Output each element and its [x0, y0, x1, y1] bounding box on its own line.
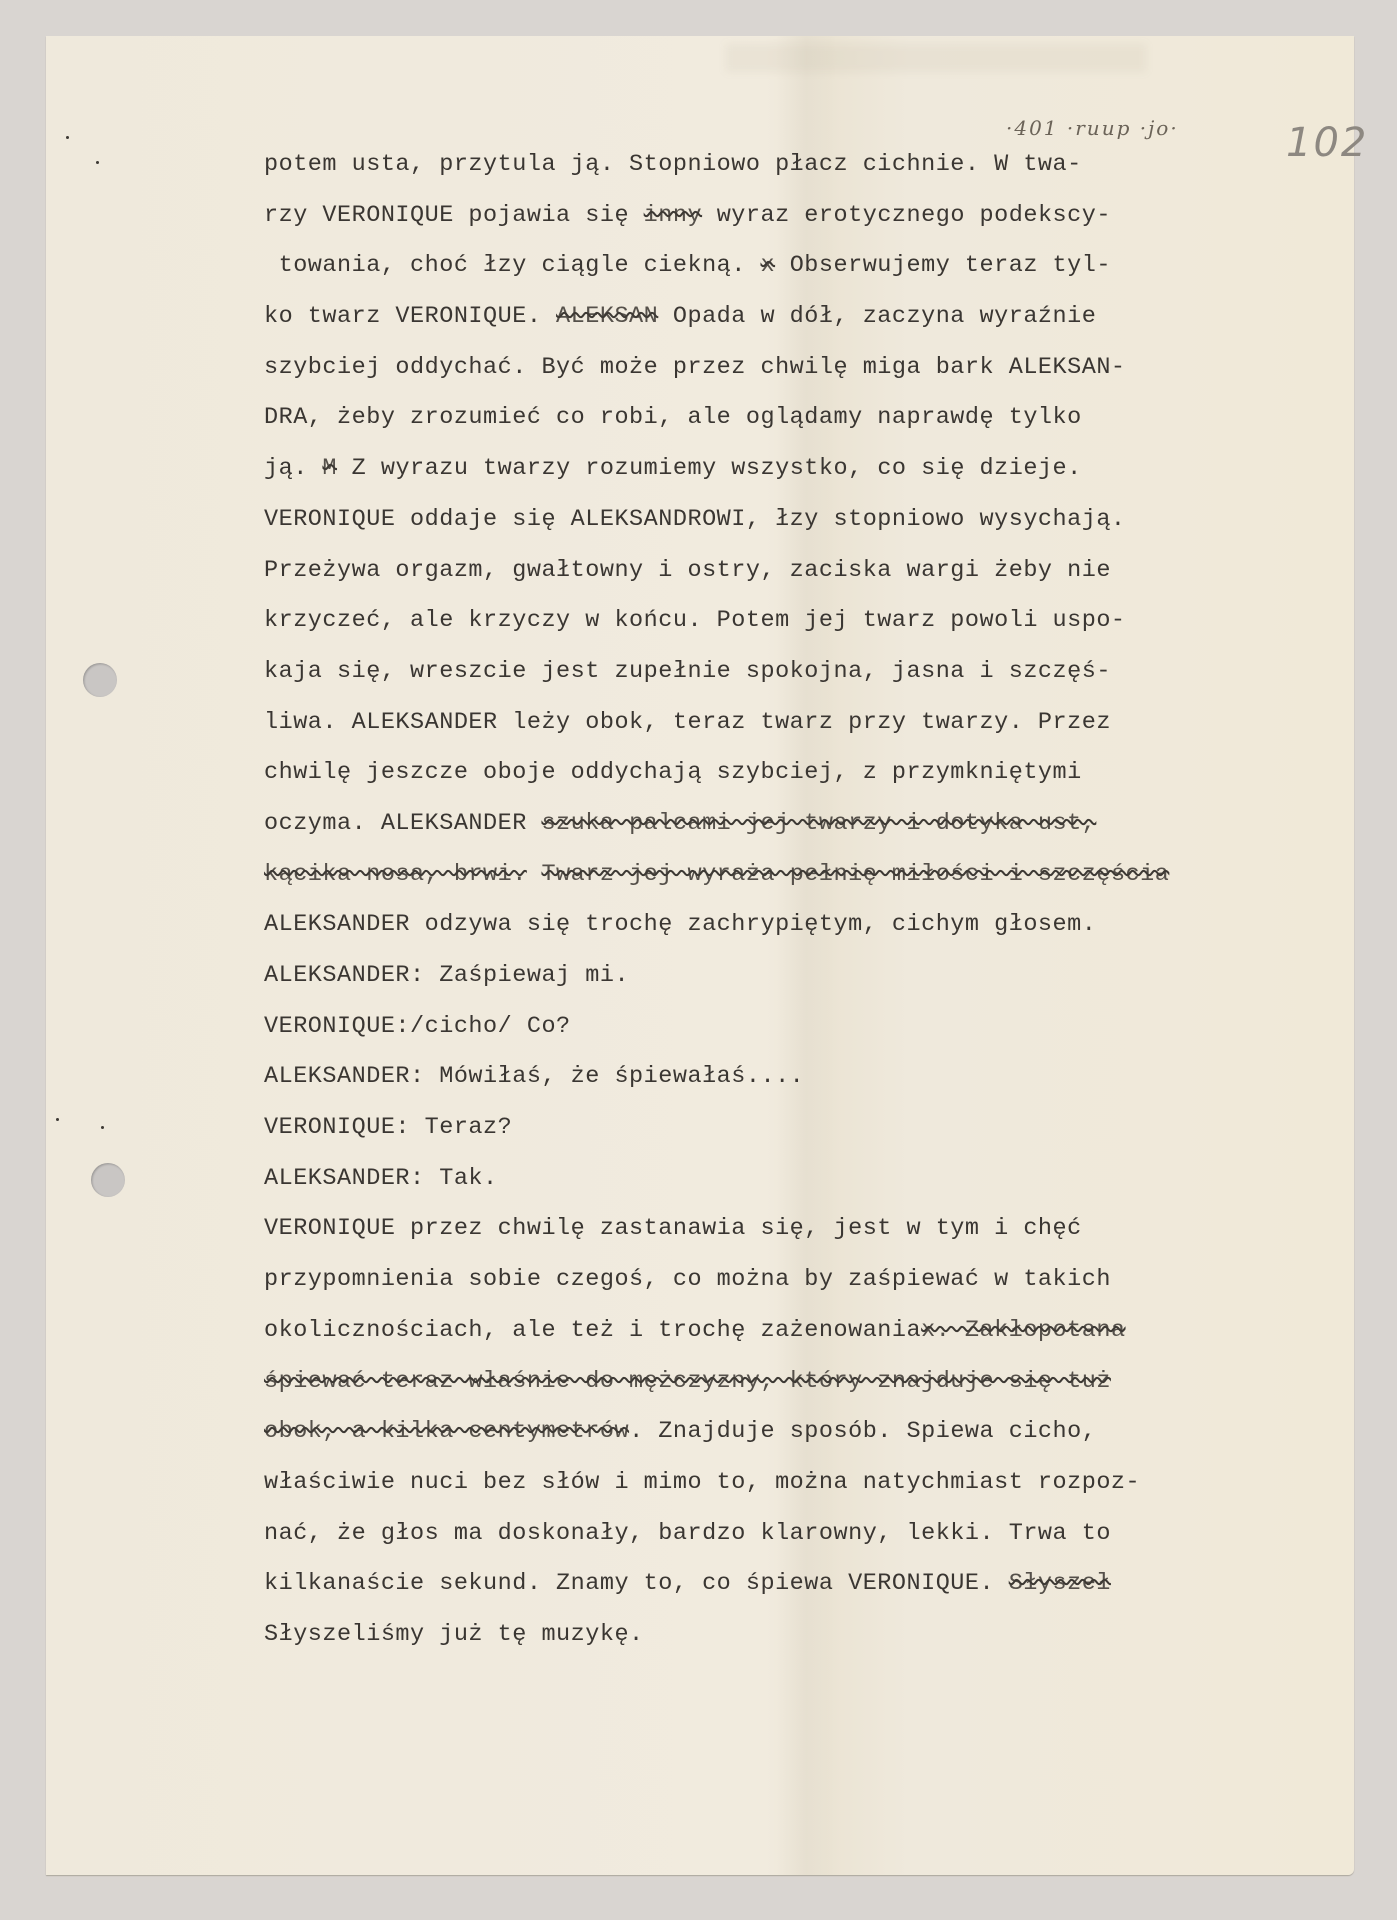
text-line: właściwie nuci bez słów i mimo to, można…: [264, 1458, 1244, 1509]
text-line: ALEKSANDER: Mówiłaś, że śpiewałaś....: [264, 1052, 1244, 1103]
line-text: rzy VERONIQUE pojawia się: [264, 202, 644, 229]
struck-out-text: M: [322, 455, 337, 482]
text-line: nać, że głos ma doskonały, bardzo klarow…: [264, 1509, 1244, 1560]
line-text: ALEKSANDER odzywa się trochę zachrypięty…: [264, 911, 1096, 938]
line-text: ko twarz VERONIQUE.: [264, 303, 556, 330]
text-line: VERONIQUE:/cicho/ Co?: [264, 1002, 1244, 1053]
text-line: VERONIQUE oddaje się ALEKSANDROWI, łzy s…: [264, 495, 1244, 546]
line-text: potem usta, przytula ją. Stopniowo płacz…: [264, 151, 1082, 178]
line-text: VERONIQUE przez chwilę zastanawia się, j…: [264, 1215, 1082, 1242]
text-line: rzy VERONIQUE pojawia się inny wyraz ero…: [264, 191, 1244, 242]
text-line: kilkanaście sekund. Znamy to, co śpiewa …: [264, 1559, 1244, 1610]
line-text: wyraz erotycznego podekscy-: [702, 202, 1111, 229]
struck-out-text: x: [760, 252, 775, 279]
ink-speck: [56, 1118, 59, 1121]
page-number: 102: [1286, 120, 1368, 166]
struck-out-text: inny: [644, 202, 702, 229]
struck-out-text: x. Zakłopotana: [921, 1317, 1125, 1344]
line-text: kilkanaście sekund. Znamy to, co śpiewa …: [264, 1570, 1009, 1597]
line-text: VERONIQUE oddaje się ALEKSANDROWI, łzy s…: [264, 506, 1126, 533]
text-line: szybciej oddychać. Być może przez chwilę…: [264, 343, 1244, 394]
ink-speck: [101, 1126, 104, 1129]
text-line: okolicznościach, ale też i trochę zażeno…: [264, 1306, 1244, 1357]
text-line: przypomnienia sobie czegoś, co można by …: [264, 1255, 1244, 1306]
struck-out-text: ALEKSAN: [556, 303, 658, 330]
ink-speck: [96, 161, 99, 164]
line-text: [527, 861, 542, 888]
line-text: VERONIQUE: Teraz?: [264, 1114, 512, 1141]
struck-out-text: Twarz jej wyraża pełnię miłości i szczęś…: [541, 861, 1169, 888]
text-line: kaja się, wreszcie jest zupełnie spokojn…: [264, 647, 1244, 698]
ink-speck: [66, 136, 69, 139]
line-text: liwa. ALEKSANDER leży obok, teraz twarz …: [264, 709, 1111, 736]
script-text: potem usta, przytula ją. Stopniowo płacz…: [264, 140, 1244, 1661]
line-text: VERONIQUE:/cicho/ Co?: [264, 1013, 571, 1040]
struck-out-text: obok, a kilka centymetrów: [264, 1418, 629, 1445]
line-text: ALEKSANDER: Tak.: [264, 1165, 498, 1192]
line-text: oczyma. ALEKSANDER: [264, 810, 541, 837]
punch-hole-lower: [91, 1163, 125, 1197]
text-line: liwa. ALEKSANDER leży obok, teraz twarz …: [264, 698, 1244, 749]
text-line: obok, a kilka centymetrów. Znajduje spos…: [264, 1407, 1244, 1458]
pencil-annotation: ·401 ·ruup ·jo·: [1006, 116, 1179, 140]
line-text: przypomnienia sobie czegoś, co można by …: [264, 1266, 1111, 1293]
line-text: właściwie nuci bez słów i mimo to, można…: [264, 1469, 1140, 1496]
text-line: VERONIQUE przez chwilę zastanawia się, j…: [264, 1204, 1244, 1255]
struck-out-text: szuka palcami jej twarzy i dotyka ust,: [541, 810, 1096, 837]
line-text: towania, choć łzy ciągle ciekną.: [264, 252, 760, 279]
line-text: Słyszeliśmy już tę muzykę.: [264, 1621, 644, 1648]
line-text: . Znajduje sposób. Spiewa cicho,: [629, 1418, 1096, 1445]
line-text: ALEKSANDER: Mówiłaś, że śpiewałaś....: [264, 1063, 804, 1090]
struck-out-text: kącika nosa, brwi.: [264, 861, 527, 888]
line-text: DRA, żeby zrozumieć co robi, ale oglądam…: [264, 404, 1082, 431]
line-text: krzyczeć, ale krzyczy w końcu. Potem jej…: [264, 607, 1126, 634]
text-line: ALEKSANDER odzywa się trochę zachrypięty…: [264, 900, 1244, 951]
text-line: kącika nosa, brwi. Twarz jej wyraża pełn…: [264, 850, 1244, 901]
text-line: DRA, żeby zrozumieć co robi, ale oglądam…: [264, 393, 1244, 444]
punch-hole-upper: [83, 663, 117, 697]
struck-out-text: Słyszeł: [1009, 1570, 1111, 1597]
line-text: Opada w dół, zaczyna wyraźnie: [658, 303, 1096, 330]
text-line: śpiewać teraz właśnie do mężczyzny, któr…: [264, 1357, 1244, 1408]
line-text: szybciej oddychać. Być może przez chwilę…: [264, 354, 1126, 381]
text-line: Słyszeliśmy już tę muzykę.: [264, 1610, 1244, 1661]
text-line: ALEKSANDER: Tak.: [264, 1154, 1244, 1205]
line-text: Przeżywa orgazm, gwałtowny i ostry, zaci…: [264, 557, 1111, 584]
typewritten-page: ·401 ·ruup ·jo· 102 potem usta, przytula…: [46, 36, 1354, 1875]
struck-out-text: śpiewać teraz właśnie do mężczyzny, któr…: [264, 1368, 1111, 1395]
line-text: nać, że głos ma doskonały, bardzo klarow…: [264, 1520, 1111, 1547]
text-line: Przeżywa orgazm, gwałtowny i ostry, zaci…: [264, 546, 1244, 597]
line-text: chwilę jeszcze oboje oddychają szybciej,…: [264, 759, 1082, 786]
text-line: ALEKSANDER: Zaśpiewaj mi.: [264, 951, 1244, 1002]
text-line: VERONIQUE: Teraz?: [264, 1103, 1244, 1154]
line-text: Z wyrazu twarzy rozumiemy wszystko, co s…: [337, 455, 1082, 482]
line-text: Obserwujemy teraz tyl-: [775, 252, 1111, 279]
line-text: ją.: [264, 455, 322, 482]
line-text: kaja się, wreszcie jest zupełnie spokojn…: [264, 658, 1111, 685]
text-line: krzyczeć, ale krzyczy w końcu. Potem jej…: [264, 596, 1244, 647]
paper-smudge: [726, 44, 1146, 72]
text-line: ją. M Z wyrazu twarzy rozumiemy wszystko…: [264, 444, 1244, 495]
text-line: potem usta, przytula ją. Stopniowo płacz…: [264, 140, 1244, 191]
line-text: okolicznościach, ale też i trochę zażeno…: [264, 1317, 921, 1344]
line-text: ALEKSANDER: Zaśpiewaj mi.: [264, 962, 629, 989]
text-line: towania, choć łzy ciągle ciekną. x Obser…: [264, 241, 1244, 292]
text-line: oczyma. ALEKSANDER szuka palcami jej twa…: [264, 799, 1244, 850]
text-line: chwilę jeszcze oboje oddychają szybciej,…: [264, 748, 1244, 799]
text-line: ko twarz VERONIQUE. ALEKSAN Opada w dół,…: [264, 292, 1244, 343]
